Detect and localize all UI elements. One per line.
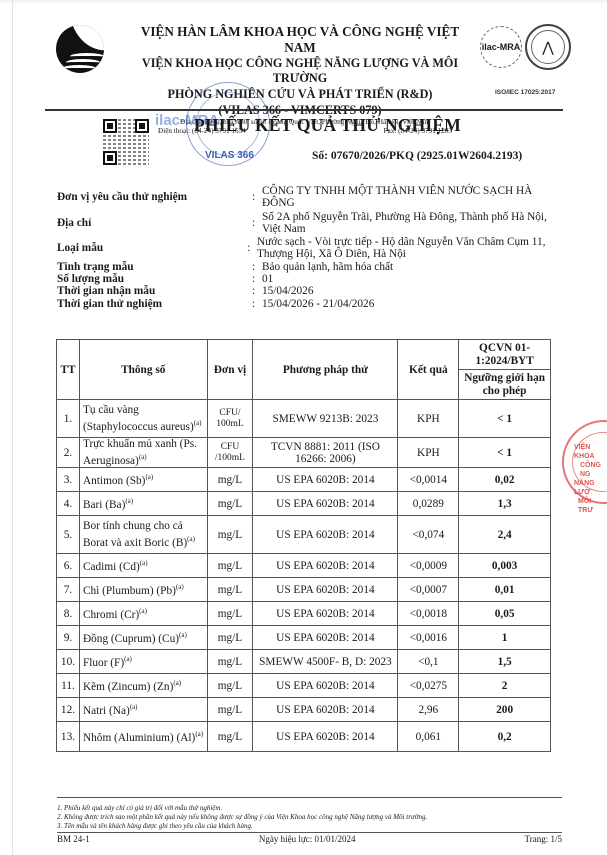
institute-logo-icon (56, 25, 104, 73)
page-number: Trang: 1/5 (525, 834, 562, 844)
unit: mg/L (207, 722, 253, 752)
header-tt: TT (57, 340, 80, 400)
result: <0,0014 (398, 468, 459, 492)
info-row-sample-type: Loại mẫu: Nước sạch - Vòi trực tiếp - Hộ… (57, 236, 557, 261)
accredited-mark: (a) (194, 419, 202, 427)
info-row-test-period: Thời gian thử nghiệm: 15/04/2026 - 21/04… (57, 298, 557, 310)
method: US EPA 6020B: 2014 (253, 626, 398, 650)
parameter-name: Chì (Plumbum) (Pb)(a) (79, 578, 207, 602)
unit: mg/L (207, 650, 253, 674)
parameter-name: Tụ cầu vàng (Staphylococcus aureus)(a) (79, 400, 207, 438)
row-number: 10. (57, 650, 80, 674)
limit: 2,4 (459, 516, 551, 554)
accredited-mark: (a) (139, 607, 147, 615)
scan-edge-line (12, 0, 13, 855)
method: US EPA 6020B: 2014 (253, 554, 398, 578)
accredited-mark: (a) (124, 655, 132, 663)
limit: 1 (459, 626, 551, 650)
result: <0,0018 (398, 602, 459, 626)
header-result: Kết quả (398, 340, 459, 400)
unit: CFU/ 100mL (207, 400, 253, 438)
limit: 0,2 (459, 722, 551, 752)
table-row: 2.Trực khuẩn mủ xanh (Ps. Aeruginosa)(a)… (57, 438, 551, 468)
header-divider (45, 109, 563, 111)
parameter-text: Antimon (Sb) (83, 475, 145, 487)
header-method: Phương pháp thử (253, 340, 398, 400)
parameter-name: Bor tính chung cho cả Borat và axit Bori… (79, 516, 207, 554)
method: TCVN 8881: 2011 (ISO 16266: 2006) (253, 438, 398, 468)
table-row: 7.Chì (Plumbum) (Pb)(a)mg/LUS EPA 6020B:… (57, 578, 551, 602)
method: SMEWW 4500F- B, D: 2023 (253, 650, 398, 674)
header-param: Thông số (79, 340, 207, 400)
limit: 200 (459, 698, 551, 722)
iso-standard: ISO/IEC 17025:2017 (495, 89, 555, 96)
effective-date: Ngày hiệu lực: 01/01/2024 (259, 834, 356, 844)
limit: 1,3 (459, 492, 551, 516)
parameter-name: Antimon (Sb)(a) (79, 468, 207, 492)
result: <0,0016 (398, 626, 459, 650)
info-row-requester: Đơn vị yêu cầu thử nghiệm: CÔNG TY TNHH … (57, 185, 557, 210)
bureau-accreditation-ring (531, 30, 565, 64)
parameter-name: Cadimi (Cd)(a) (79, 554, 207, 578)
header-standard: QCVN 01-1:2024/BYT (459, 340, 551, 370)
sample-info: Đơn vị yêu cầu thử nghiệm: CÔNG TY TNHH … (57, 185, 557, 310)
limit: 0,01 (459, 578, 551, 602)
unit: mg/L (207, 698, 253, 722)
unit: mg/L (207, 578, 253, 602)
header-unit: Đơn vị (207, 340, 253, 400)
method: US EPA 6020B: 2014 (253, 602, 398, 626)
document-number: Số: 07670/2026/PKQ (2925.01W2604.2193) (312, 150, 522, 162)
note-2: 2. Không được trích sao một phần kết quả… (57, 813, 427, 822)
parameter-name: Natri (Na)(a) (79, 698, 207, 722)
limit: < 1 (459, 438, 551, 468)
accredited-mark: (a) (179, 631, 187, 639)
result: 2,96 (398, 698, 459, 722)
accredited-mark: (a) (173, 679, 181, 687)
table-row: 4.Bari (Ba)(a)mg/LUS EPA 6020B: 20140,02… (57, 492, 551, 516)
parameter-name: Chromi (Cr)(a) (79, 602, 207, 626)
unit: mg/L (207, 602, 253, 626)
row-number: 1. (57, 400, 80, 438)
method: US EPA 6020B: 2014 (253, 492, 398, 516)
ilac-mra-logo-icon: ilac-MRA (480, 26, 522, 68)
department-name: PHÒNG NGHIÊN CỨU VÀ PHÁT TRIỂN (R&D) (130, 86, 470, 102)
row-number: 8. (57, 602, 80, 626)
notes: 1. Phiếu kết quả này chỉ có giá trị đối … (57, 804, 427, 831)
parameter-text: Kẽm (Zincum) (Zn) (83, 681, 173, 693)
unit: mg/L (207, 492, 253, 516)
results-table: TT Thông số Đơn vị Phương pháp thử Kết q… (56, 339, 551, 752)
accredited-mark: (a) (145, 473, 153, 481)
unit: mg/L (207, 674, 253, 698)
limit: 0,003 (459, 554, 551, 578)
table-row: 6.Cadimi (Cd)(a)mg/LUS EPA 6020B: 2014<0… (57, 554, 551, 578)
table-row: 12.Natri (Na)(a)mg/LUS EPA 6020B: 20142,… (57, 698, 551, 722)
parameter-name: Fluor (F)(a) (79, 650, 207, 674)
results-body: 1.Tụ cầu vàng (Staphylococcus aureus)(a)… (57, 400, 551, 752)
result: KPH (398, 400, 459, 438)
parameter-name: Trực khuẩn mủ xanh (Ps. Aeruginosa)(a) (79, 438, 207, 468)
form-code: BM 24-1 (57, 834, 90, 844)
method: SMEWW 9213B: 2023 (253, 400, 398, 438)
institute-seal-text: VIỆN KHOA CÔNG NG NĂNG LƯỢ MÔI TRƯ (574, 443, 607, 515)
notes-divider (57, 797, 562, 798)
parameter-text: Chromi (Cr) (83, 609, 139, 621)
row-number: 6. (57, 554, 80, 578)
unit: CFU /100mL (207, 438, 253, 468)
info-row-condition: Tình trạng mẫu: Bảo quản lạnh, hãm hóa c… (57, 261, 557, 273)
note-3: 3. Tên mẫu và tên khách hàng được ghi th… (57, 822, 427, 831)
result: 0,061 (398, 722, 459, 752)
accredited-mark: (a) (139, 453, 147, 461)
row-number: 2. (57, 438, 80, 468)
accredited-mark: (a) (140, 559, 148, 567)
row-number: 5. (57, 516, 80, 554)
parameter-name: Bari (Ba)(a) (79, 492, 207, 516)
method: US EPA 6020B: 2014 (253, 468, 398, 492)
academy-name: VIỆN HÀN LÂM KHOA HỌC VÀ CÔNG NGHỆ VIỆT … (130, 24, 470, 56)
qr-code-icon[interactable] (103, 119, 149, 165)
footer-divider (57, 832, 562, 833)
parameter-text: Natri (Na) (83, 705, 130, 717)
result: 0,0289 (398, 492, 459, 516)
table-row: 8.Chromi (Cr)(a)mg/LUS EPA 6020B: 2014<0… (57, 602, 551, 626)
table-row: 5.Bor tính chung cho cả Borat và axit Bo… (57, 516, 551, 554)
header-limit: Ngưỡng giới hạn cho phép (459, 370, 551, 400)
unit: mg/L (207, 626, 253, 650)
row-number: 3. (57, 468, 80, 492)
method: US EPA 6020B: 2014 (253, 578, 398, 602)
row-number: 7. (57, 578, 80, 602)
parameter-text: Fluor (F) (83, 657, 124, 669)
row-number: 9. (57, 626, 80, 650)
limit: 1,5 (459, 650, 551, 674)
document-title: PHIẾU KẾT QUẢ THỬ NGHIỆM (194, 115, 461, 136)
note-1: 1. Phiếu kết quả này chỉ có giá trị đối … (57, 804, 427, 813)
parameter-text: Chì (Plumbum) (Pb) (83, 585, 176, 597)
row-number: 11. (57, 674, 80, 698)
result: KPH (398, 438, 459, 468)
limit: < 1 (459, 400, 551, 438)
result: <0,0275 (398, 674, 459, 698)
row-number: 4. (57, 492, 80, 516)
parameter-text: Cadimi (Cd) (83, 561, 140, 573)
table-row: 13.Nhôm (Aluminium) (Al)(a)mg/LUS EPA 60… (57, 722, 551, 752)
parameter-text: Tụ cầu vàng (Staphylococcus aureus) (83, 404, 194, 432)
page-top-edge (0, 0, 607, 4)
info-row-address: Địa chỉ: Số 2A phố Nguyễn Trãi, Phường H… (57, 211, 557, 236)
limit: 2 (459, 674, 551, 698)
parameter-text: Bari (Ba) (83, 499, 125, 511)
table-row: 11.Kẽm (Zincum) (Zn)(a)mg/LUS EPA 6020B:… (57, 674, 551, 698)
institute-name: VIỆN KHOA HỌC CÔNG NGHỆ NĂNG LƯỢNG VÀ MÔ… (130, 56, 470, 86)
accredited-mark: (a) (195, 730, 203, 738)
page-footer: BM 24-1 Ngày hiệu lực: 01/01/2024 Trang:… (57, 834, 562, 844)
method: US EPA 6020B: 2014 (253, 698, 398, 722)
parameter-text: Nhôm (Aluminium) (Al) (83, 732, 195, 744)
info-row-received: Thời gian nhận mẫu: 15/04/2026 (57, 285, 557, 297)
parameter-name: Kẽm (Zincum) (Zn)(a) (79, 674, 207, 698)
result: <0,074 (398, 516, 459, 554)
parameter-text: Đồng (Cuprum) (Cu) (83, 633, 179, 645)
result: <0,1 (398, 650, 459, 674)
unit: mg/L (207, 516, 253, 554)
row-number: 12. (57, 698, 80, 722)
limit: 0,02 (459, 468, 551, 492)
info-row-quantity: Số lượng mẫu: 01 (57, 273, 557, 285)
method: US EPA 6020B: 2014 (253, 674, 398, 698)
accredited-mark: (a) (130, 703, 138, 711)
unit: mg/L (207, 554, 253, 578)
unit: mg/L (207, 468, 253, 492)
accredited-mark: (a) (176, 583, 184, 591)
row-number: 13. (57, 722, 80, 752)
method: US EPA 6020B: 2014 (253, 722, 398, 752)
table-row: 3.Antimon (Sb)(a)mg/LUS EPA 6020B: 2014<… (57, 468, 551, 492)
vilas-label: VILAS 366 (205, 150, 254, 161)
result: <0,0007 (398, 578, 459, 602)
table-row: 1.Tụ cầu vàng (Staphylococcus aureus)(a)… (57, 400, 551, 438)
table-row: 10.Fluor (F)(a)mg/LSMEWW 4500F- B, D: 20… (57, 650, 551, 674)
result: <0,0009 (398, 554, 459, 578)
method: US EPA 6020B: 2014 (253, 516, 398, 554)
parameter-text: Bor tính chung cho cả Borat và axit Bori… (83, 520, 187, 548)
accredited-mark: (a) (187, 535, 195, 543)
limit: 0,05 (459, 602, 551, 626)
accredited-mark: (a) (125, 497, 133, 505)
parameter-name: Đồng (Cuprum) (Cu)(a) (79, 626, 207, 650)
table-row: 9.Đồng (Cuprum) (Cu)(a)mg/LUS EPA 6020B:… (57, 626, 551, 650)
parameter-name: Nhôm (Aluminium) (Al)(a) (79, 722, 207, 752)
